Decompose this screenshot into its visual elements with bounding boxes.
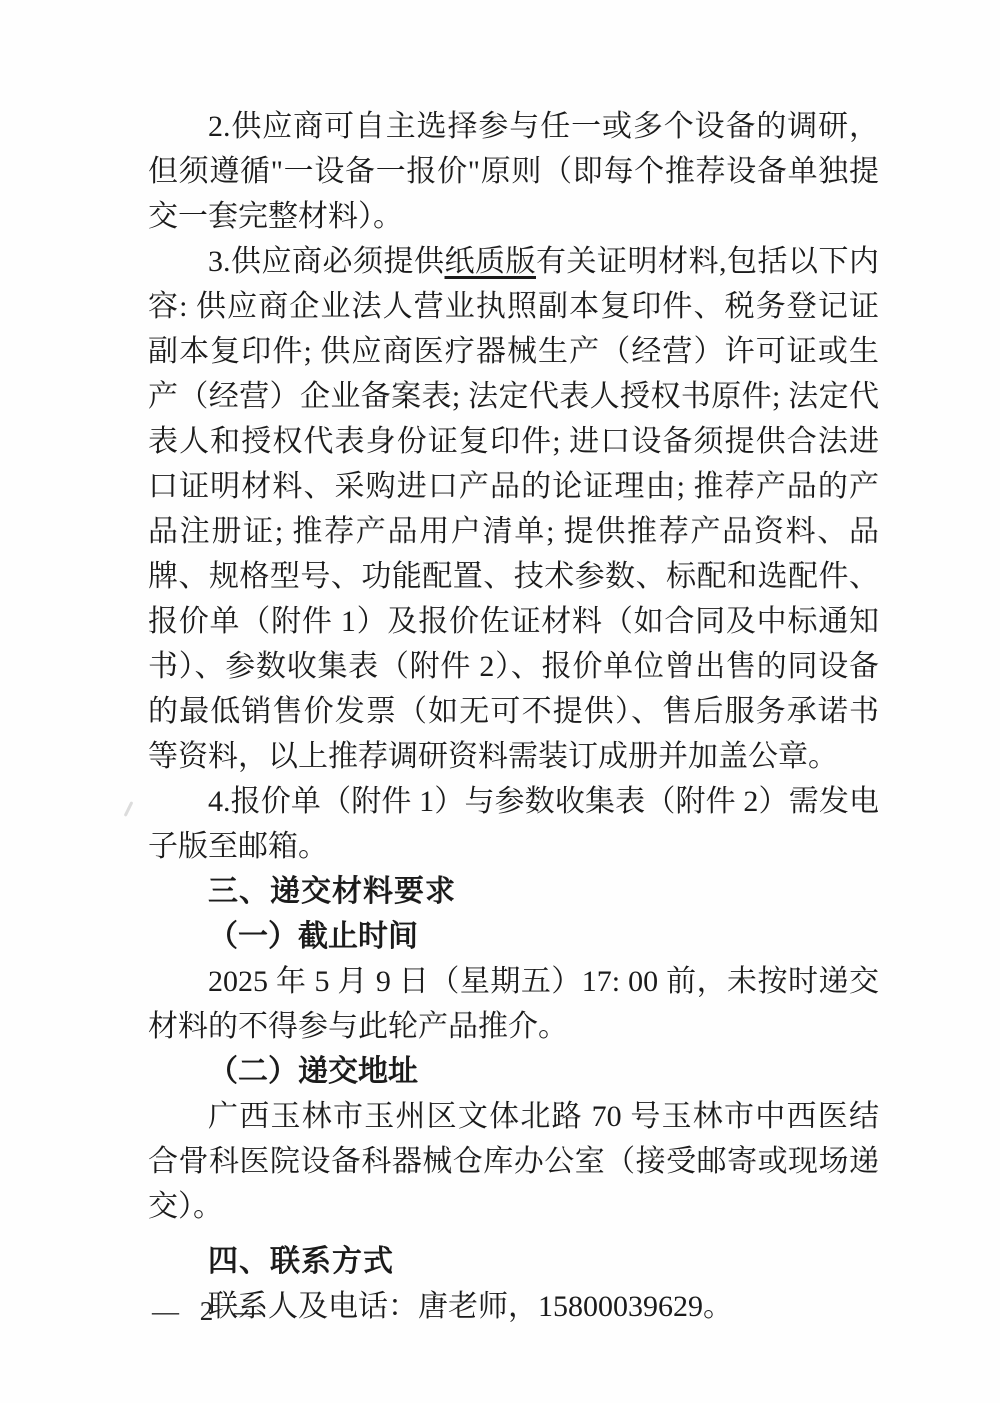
paragraph-deadline: 2025 年 5 月 9 日（星期五）17: 00 前，未按时递交材料的不得参与… xyxy=(148,959,879,1049)
paragraph-required-materials-lead: 3.供应商必须提供 xyxy=(208,245,445,278)
paragraph-required-materials-body: 有关证明材料,包括以下内容: 供应商企业法人营业执照副本复印件、税务登记证副本复… xyxy=(148,245,879,773)
subsection-heading-address: （二）递交地址 xyxy=(148,1049,879,1094)
paragraph-address: 广西玉林市玉州区文体北路 70 号玉林市中西医结合骨科医院设备科器械仓库办公室（… xyxy=(148,1094,879,1229)
underlined-term-paper-version: 纸质版 xyxy=(445,245,537,278)
scan-artifact-mark xyxy=(124,801,134,817)
paragraph-electronic-copy: 4.报价单（附件 1）与参数收集表（附件 2）需发电子版至邮箱。 xyxy=(148,779,879,869)
section-heading-submission-requirements: 三、递交材料要求 xyxy=(148,869,879,914)
section-heading-contact: 四、联系方式 xyxy=(148,1239,879,1284)
subsection-heading-deadline: （一）截止时间 xyxy=(148,914,879,959)
page-number: — 2 — xyxy=(152,1296,268,1327)
document-page: 2.供应商可自主选择参与任一或多个设备的调研，但须遵循"一设备一报价"原则（即每… xyxy=(148,104,879,1329)
scanned-page-background: 2.供应商可自主选择参与任一或多个设备的调研，但须遵循"一设备一报价"原则（即每… xyxy=(0,0,1000,1403)
paragraph-supplier-choice: 2.供应商可自主选择参与任一或多个设备的调研，但须遵循"一设备一报价"原则（即每… xyxy=(148,104,879,239)
paragraph-required-materials: 3.供应商必须提供纸质版有关证明材料,包括以下内容: 供应商企业法人营业执照副本… xyxy=(148,239,879,779)
